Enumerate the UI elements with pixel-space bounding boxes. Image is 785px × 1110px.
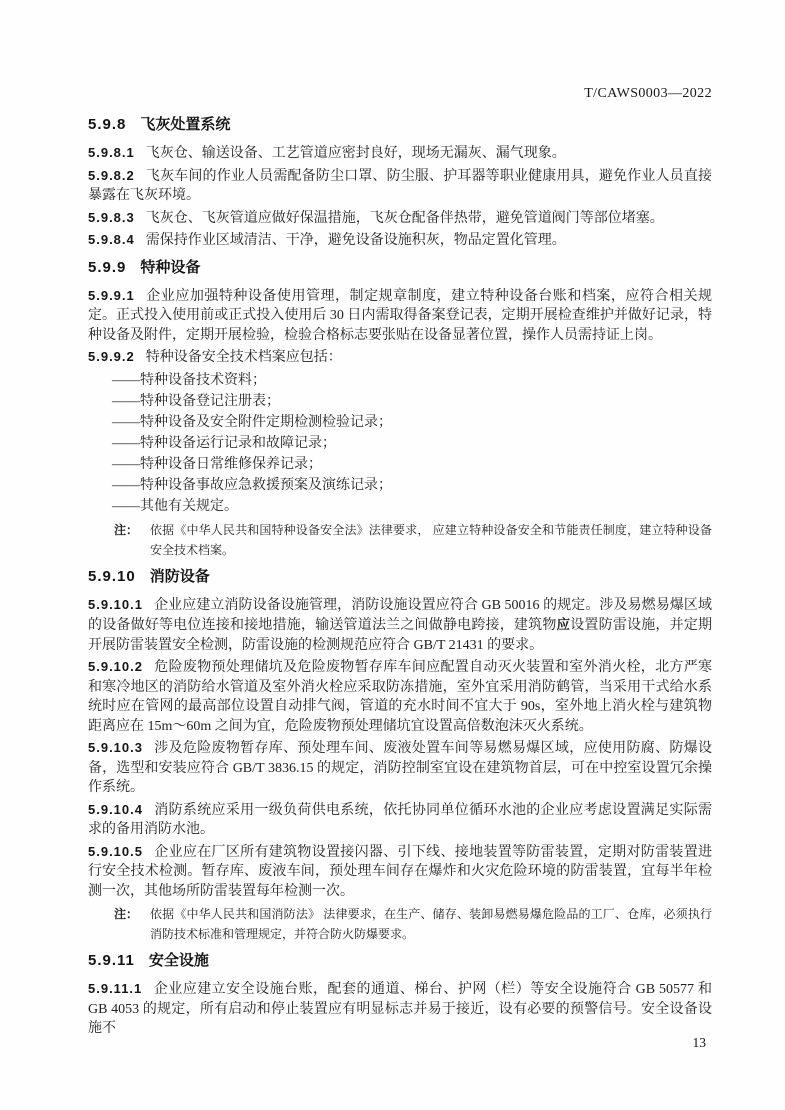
section-number: 5.9.8	[88, 116, 126, 133]
clause-paragraph: 5.9.9.1企业应加强特种设备使用管理，制定规章制度，建立特种设备台账和档案，…	[88, 286, 712, 346]
note-text: 依据《中华人民共和国特种设备安全法》法律要求， 应建立特种设备安全和节能责任制度…	[150, 520, 712, 560]
dash-list-item: ——特种设备事故应急救援预案及演练记录；	[88, 475, 712, 496]
clause-text: 飞灰车间的作业人员需配备防尘口罩、防尘服、护耳器等职业健康用具，避免作业人员直接…	[88, 169, 712, 204]
section-number: 5.9.9	[88, 259, 126, 276]
clause-text: 飞灰仓、飞灰管道应做好保温措施，飞灰仓配备伴热带，避免管道阀门等部位堵塞。	[146, 211, 664, 226]
clause-text: 飞灰仓、输送设备、工艺管道应密封良好，现场无漏灰、漏气现象。	[146, 146, 566, 161]
clause-number: 5.9.8.4	[88, 232, 135, 247]
clause-number: 5.9.10.1	[88, 597, 143, 612]
section-title: 飞灰处置系统	[140, 116, 230, 133]
clause-text: 企业应建立安全设施台账，配套的通道、梯台、护网（栏）等安全设施符合 GB 505…	[88, 982, 712, 1036]
clause-text: 危险废物预处理储坑及危险废物暂存库车间应配置自动灭火装置和室外消火栓，北方严寒和…	[88, 660, 712, 734]
section-title: 安全设施	[149, 952, 209, 969]
document-page: T/CAWS0003—2022 5.9.8飞灰处置系统5.9.8.1飞灰仓、输送…	[0, 0, 785, 1110]
note-block: 注：依据《中华人民共和国消防法》 法律要求，在生产、储存、装卸易燃易爆危险品的工…	[88, 904, 712, 944]
clause-paragraph: 5.9.8.4需保持作业区域清洁、干净，避免设备设施积灰，物品定置化管理。	[88, 230, 712, 251]
section-heading: 5.9.10消防设备	[88, 567, 712, 587]
clause-number: 5.9.8.3	[88, 210, 135, 225]
clause-paragraph: 5.9.10.5企业应在厂区所有建筑物设置接闪器、引下线、接地装置等防雷装置，定…	[88, 842, 712, 902]
document-body: 5.9.8飞灰处置系统5.9.8.1飞灰仓、输送设备、工艺管道应密封良好，现场无…	[88, 108, 712, 1041]
note-block: 注：依据《中华人民共和国特种设备安全法》法律要求， 应建立特种设备安全和节能责任…	[88, 520, 712, 560]
clause-number: 5.9.8.1	[88, 145, 135, 160]
clause-number: 5.9.9.2	[88, 349, 135, 364]
clause-paragraph: 5.9.10.1企业应建立消防设备设施管理，消防设施设置应符合 GB 50016…	[88, 595, 712, 656]
section-number: 5.9.10	[88, 568, 136, 585]
section-title: 消防设备	[150, 568, 210, 585]
clause-paragraph: 5.9.10.3涉及危险废物暂存库、预处理车间、废液处置车间等易燃易爆区域，应使…	[88, 738, 712, 798]
emphasized-text: 应	[557, 617, 571, 632]
clause-text: 企业应加强特种设备使用管理，制定规章制度，建立特种设备台账和档案，应符合相关规定…	[88, 289, 712, 343]
clause-paragraph: 5.9.8.3飞灰仓、飞灰管道应做好保温措施，飞灰仓配备伴热带，避免管道阀门等部…	[88, 208, 712, 229]
clause-number: 5.9.9.1	[88, 288, 135, 303]
clause-number: 5.9.11.1	[88, 981, 142, 996]
clause-number: 5.9.10.2	[88, 659, 143, 674]
note-label: 注：	[114, 520, 138, 560]
section-heading: 5.9.9特种设备	[88, 258, 712, 278]
clause-number: 5.9.10.3	[88, 740, 143, 755]
clause-text: 需保持作业区域清洁、干净，避免设备设施积灰，物品定置化管理。	[146, 233, 566, 248]
section-title: 特种设备	[140, 259, 200, 276]
clause-number: 5.9.10.5	[88, 844, 143, 859]
dash-list-item: ——特种设备及安全附件定期检测检验记录；	[88, 412, 712, 433]
standard-reference: T/CAWS0003—2022	[88, 86, 712, 102]
clause-text: 特种设备安全技术档案应包括：	[146, 350, 342, 365]
clause-paragraph: 5.9.8.2飞灰车间的作业人员需配备防尘口罩、防尘服、护耳器等职业健康用具，避…	[88, 166, 712, 206]
clause-text: 消防系统应采用一级负荷供电系统，依托协同单位循环水池的企业应考虑设置满足实际需求…	[88, 803, 712, 838]
clause-paragraph: 5.9.10.4消防系统应采用一级负荷供电系统，依托协同单位循环水池的企业应考虑…	[88, 800, 712, 840]
clause-paragraph: 5.9.11.1企业应建立安全设施台账，配套的通道、梯台、护网（栏）等安全设施符…	[88, 979, 712, 1039]
clause-text: 企业应在厂区所有建筑物设置接闪器、引下线、接地装置等防雷装置，定期对防雷装置进行…	[88, 845, 712, 899]
dash-list-item: ——特种设备运行记录和故障记录；	[88, 433, 712, 454]
note-text: 依据《中华人民共和国消防法》 法律要求，在生产、储存、装卸易燃易爆危险品的工厂、…	[150, 904, 712, 944]
dash-list-item: ——特种设备登记注册表；	[88, 391, 712, 412]
section-heading: 5.9.8飞灰处置系统	[88, 115, 712, 135]
clause-paragraph: 5.9.9.2特种设备安全技术档案应包括：	[88, 347, 712, 368]
clause-paragraph: 5.9.10.2危险废物预处理储坑及危险废物暂存库车间应配置自动灭火装置和室外消…	[88, 657, 712, 736]
dash-list-item: ——其他有关规定。	[88, 496, 712, 517]
clause-number: 5.9.8.2	[88, 168, 135, 183]
dash-list-item: ——特种设备日常维修保养记录；	[88, 454, 712, 475]
note-label: 注：	[114, 904, 138, 944]
clause-number: 5.9.10.4	[88, 802, 143, 817]
dash-list-item: ——特种设备技术资料；	[88, 370, 712, 391]
section-heading: 5.9.11安全设施	[88, 951, 712, 971]
page-number: 13	[693, 1035, 707, 1051]
clause-text: 涉及危险废物暂存库、预处理车间、废液处置车间等易燃易爆区域，应使用防腐、防爆设备…	[88, 741, 712, 795]
clause-paragraph: 5.9.8.1飞灰仓、输送设备、工艺管道应密封良好，现场无漏灰、漏气现象。	[88, 143, 712, 164]
section-number: 5.9.11	[88, 952, 135, 969]
